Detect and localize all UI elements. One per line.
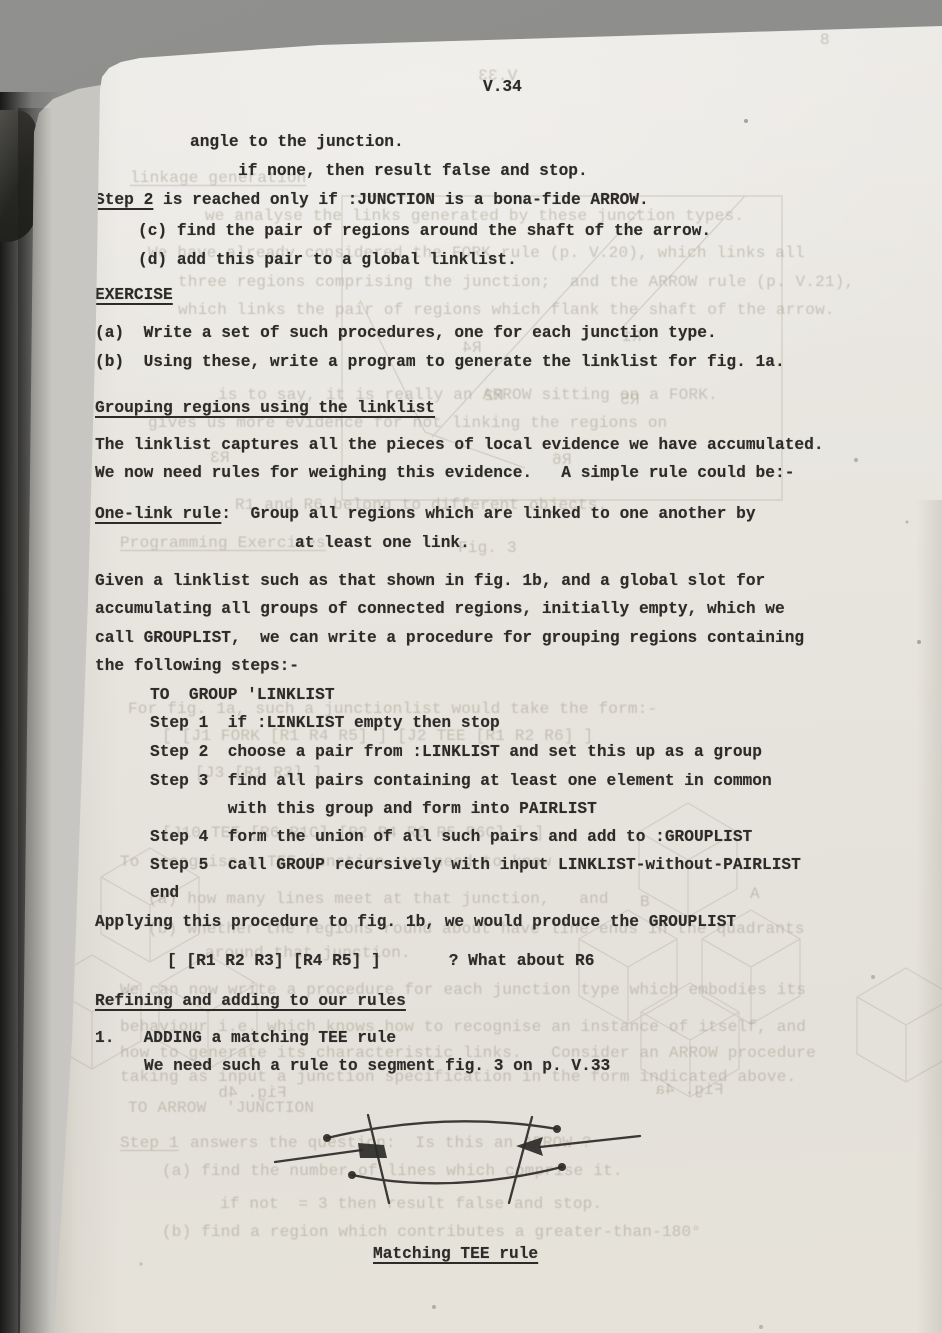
text-line: Given a linklist such as that shown in f… [95, 570, 765, 592]
left-arrowhead-icon [358, 1143, 387, 1158]
text-line: We need such a rule to segment fig. 3 on… [144, 1055, 610, 1077]
text-line: We now need rules for weighing this evid… [95, 462, 794, 484]
right-arrowhead-icon [516, 1137, 543, 1156]
text-line: 1. ADDING a matching TEE rule [95, 1027, 396, 1049]
text-line: (a) Write a set of such procedures, one … [95, 322, 717, 344]
sheet-edge-shade [18, 108, 52, 1333]
text-line: angle to the junction. [190, 131, 404, 153]
code-line: Step 5 call GROUP recursively with input… [150, 854, 801, 876]
scanned-document-screenshot: { "colors": { "scanner_background": "#8e… [0, 0, 942, 1333]
exercise-heading: EXERCISE [95, 284, 173, 306]
code-line: with this group and form into PAIRLIST [150, 798, 597, 820]
text-line: Applying this procedure to fig. 1b, we w… [95, 911, 736, 933]
code-line: Step 3 find all pairs containing at leas… [150, 770, 772, 792]
text-line: The linklist captures all the pieces of … [95, 434, 824, 456]
section-heading-refining: Refining and adding to our rules [95, 990, 406, 1012]
text-line: (b) Using these, write a program to gene… [95, 351, 785, 373]
text-line: (c) find the pair of regions around the … [138, 220, 711, 242]
scanned-page: linkage generationwe analyse the links g… [0, 0, 942, 1333]
arc-end-dot [558, 1163, 566, 1171]
section-heading-grouping: Grouping regions using the linklist [95, 397, 435, 419]
text-line: the following steps:- [95, 655, 299, 677]
text-line: accumulating all groups of connected reg… [95, 598, 785, 620]
text-line: (d) add this pair to a global linklist. [138, 249, 517, 271]
matching-tee-figure [250, 1088, 670, 1233]
text-line: One-link rule: Group all regions which a… [95, 503, 756, 525]
arc-end-dot [553, 1125, 561, 1133]
text-line: if none, then result false and stop. [238, 160, 588, 182]
code-line: TO GROUP 'LINKLIST [150, 684, 335, 706]
code-line: Step 4 form the union of all such pairs … [150, 826, 752, 848]
right-arrow-shaft [540, 1136, 640, 1147]
text-line: call GROUPLIST, we can write a procedure… [95, 627, 804, 649]
arc-end-dot [348, 1171, 356, 1179]
left-arrow-shaft [275, 1150, 362, 1162]
right-tee-stem [509, 1117, 532, 1203]
paper-specks [0, 0, 2, 2]
top-arc [327, 1121, 557, 1138]
arc-end-dot [323, 1134, 331, 1142]
text-run: : Group all regions which are linked to … [221, 505, 755, 523]
grouplist-result-line: [ [R1 R2 R3] [R4 R5] ] ? What about R6 [167, 950, 594, 972]
page-right-shadow [916, 500, 942, 1333]
text-run: is reached only if :JUNCTION is a bona-f… [153, 191, 648, 209]
code-line: end [150, 882, 179, 904]
page-number: V.34 [483, 76, 522, 98]
figure-caption: Matching TEE rule [373, 1243, 538, 1265]
underlined-onelink-label: One-link rule [95, 505, 221, 523]
text-line: Step 2 is reached only if :JUNCTION is a… [95, 189, 649, 211]
underlined-step2-label: Step 2 [95, 191, 153, 209]
code-line: Step 2 choose a pair from :LINKLIST and … [150, 741, 762, 763]
code-line: Step 1 if :LINKLIST empty then stop [150, 712, 500, 734]
text-line: at least one link. [295, 532, 470, 554]
